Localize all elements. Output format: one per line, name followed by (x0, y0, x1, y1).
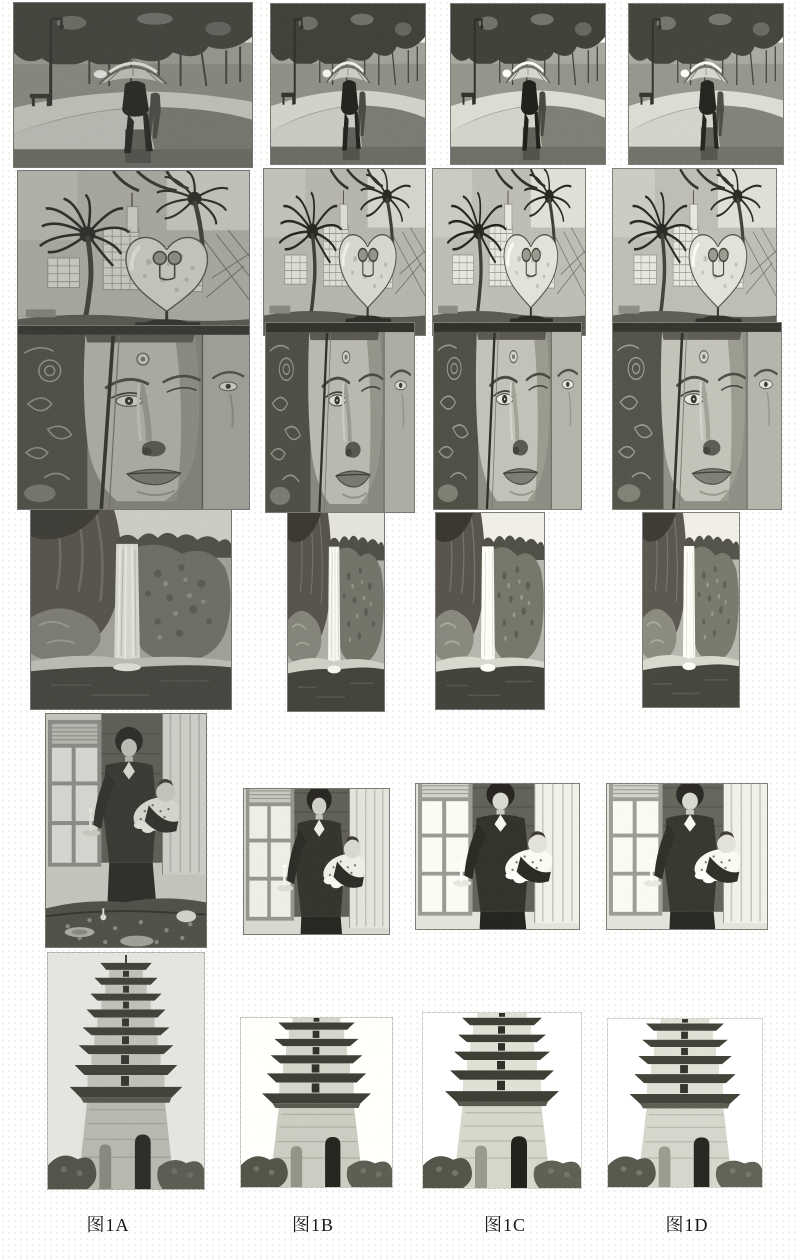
waterfall-scene-image (288, 513, 384, 711)
photo-mother-col-a (45, 713, 207, 948)
waterfall-scene-image (31, 510, 231, 709)
umbrella-scene-image (14, 3, 252, 167)
heart-scene-image (433, 169, 585, 335)
photo-heart-col-b (263, 168, 426, 336)
pagoda-scene-image (608, 1019, 762, 1187)
photo-pagoda-col-d (607, 1018, 763, 1188)
figure-caption-1b: 图1B (292, 1211, 334, 1237)
photo-buddha-col-a (17, 325, 250, 510)
photo-buddha-col-d (612, 322, 782, 510)
photo-pagoda-col-c (422, 1012, 582, 1189)
mother-scene-image (244, 789, 389, 934)
patent-figure-page: 图1A 图1B 图1C 图1D (0, 0, 800, 1258)
photo-umbrella-col-d (628, 3, 784, 165)
photo-umbrella-col-b (270, 3, 426, 165)
photo-waterfall-col-a (30, 509, 232, 710)
umbrella-scene-image (629, 4, 783, 164)
photo-waterfall-col-d (642, 512, 740, 708)
waterfall-scene-image (436, 513, 544, 709)
figure-caption-1a: 图1A (87, 1211, 130, 1237)
photo-heart-col-a (17, 170, 250, 340)
figure-caption-1d: 图1D (666, 1211, 709, 1237)
photo-pagoda-col-a (47, 952, 205, 1190)
photo-waterfall-col-b (287, 512, 385, 712)
heart-scene-image (613, 169, 776, 335)
photo-buddha-col-b (265, 322, 415, 513)
buddha-scene-image (18, 326, 249, 509)
umbrella-scene-image (451, 4, 605, 164)
mother-scene-image (46, 714, 206, 947)
pagoda-scene-image (423, 1013, 581, 1188)
pagoda-scene-image (241, 1018, 392, 1187)
photo-umbrella-col-a (13, 2, 253, 168)
waterfall-scene-image (643, 513, 739, 707)
photo-mother-col-b (243, 788, 390, 935)
photo-mother-col-d (606, 783, 768, 930)
mother-scene-image (416, 784, 579, 929)
buddha-scene-image (613, 323, 781, 509)
heart-scene-image (264, 169, 425, 335)
photo-heart-col-d (612, 168, 777, 336)
photo-waterfall-col-c (435, 512, 545, 710)
umbrella-scene-image (271, 4, 425, 164)
heart-scene-image (18, 171, 249, 339)
photo-heart-col-c (432, 168, 586, 336)
photo-buddha-col-c (433, 322, 582, 510)
photo-pagoda-col-b (240, 1017, 393, 1188)
photo-mother-col-c (415, 783, 580, 930)
mother-scene-image (607, 784, 767, 929)
buddha-scene-image (434, 323, 581, 509)
pagoda-scene-image (48, 953, 204, 1189)
figure-caption-1c: 图1C (484, 1211, 526, 1237)
buddha-scene-image (266, 323, 414, 512)
photo-umbrella-col-c (450, 3, 606, 165)
